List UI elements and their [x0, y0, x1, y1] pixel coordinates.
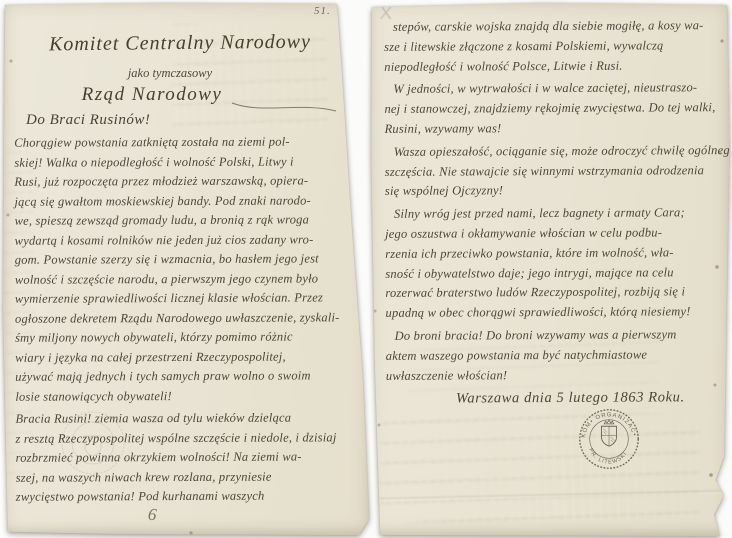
manuscript-line: upadną w obec chorągwi sprawiedliwości, …	[385, 302, 719, 324]
stamp-ghost-impression	[58, 408, 128, 478]
manuscript-line: sność i obywatelstwo daje; jego intrygi,…	[385, 263, 719, 285]
manuscript-line: Wasza opieszałość, ociąganie się, może o…	[385, 141, 719, 163]
manuscript-line: jego oszustwa i okłamywanie włościan w c…	[385, 223, 719, 245]
manuscript-line: aktem waszego powstania ma być natychmia…	[386, 345, 720, 367]
manuscript-line: W jedności, w wytrwałości i w walce zaci…	[384, 79, 718, 101]
manuscript-line: uwłaszczenie włościan!	[386, 365, 720, 387]
salutation: Do Braci Rusinów!	[26, 112, 150, 129]
manuscript-line: Rusi, już rozpoczęta przez młodzież wars…	[14, 171, 354, 192]
manuscript-line: szczęścia. Nie stawajcie się winnymi wst…	[385, 161, 719, 183]
manuscript-line: się wspólnej Ojczyzny!	[385, 181, 719, 203]
manuscript-line: wolność i szczęście narodu, a pierwszym …	[15, 269, 355, 290]
manuscript-line: ogłoszone dekretem Rządu Narodowego uwła…	[15, 308, 355, 329]
manuscript-line: wiary i języka na całej przestrzeni Rzec…	[15, 347, 355, 368]
stamp-text-bottom: PR. LITEWSKI	[587, 448, 628, 466]
svg-text:PR. LITEWSKI: PR. LITEWSKI	[587, 448, 628, 466]
paragraph: stepów, carskie wojska znajdą dla siebie…	[384, 16, 718, 77]
ink-showthrough	[380, 414, 700, 522]
page-left-paper: 51. Komitet Centralny Narodowy jako tymc…	[2, 2, 370, 535]
manuscript-line: rzenia ich przeciwko powstania, które im…	[385, 243, 719, 265]
manuscript-line: sze i litewskie złączone z kosami Polski…	[384, 36, 718, 58]
document-subtitle: jako tymczasowy	[20, 66, 320, 81]
manuscript-line: wymierzenie sprawiedliwości licznej klas…	[15, 288, 355, 309]
manuscript-line: rozerwać braterstwo ludów Rzeczypospolit…	[385, 282, 719, 304]
page-number: 51.	[314, 5, 331, 17]
flourish-stroke	[230, 100, 340, 116]
paragraph: Chorągiew powstania zatkniętą została na…	[14, 132, 355, 406]
manuscript-line: zwycięstwo powstania! Pod kurhanami wasz…	[16, 486, 356, 507]
manuscript-line: we, spieszą zewsząd gromady ludu, a bron…	[15, 210, 355, 231]
foxing-specks	[4, 4, 6, 6]
pencil-number: 6	[147, 505, 158, 526]
dateline: Warszawa dnia 5 lutego 1863 Roku.	[386, 388, 720, 410]
manuscript-line: Do broni bracia! Do broni wzywamy was a …	[386, 325, 720, 347]
document-scan: 51. Komitet Centralny Narodowy jako tymc…	[0, 0, 732, 538]
paragraph: Silny wróg jest przed nami, lecz bagnety…	[385, 203, 720, 324]
manuscript-line: Silny wróg jest przed nami, lecz bagnety…	[385, 203, 719, 225]
manuscript-line: stepów, carskie wojska znajdą dla siebie…	[384, 16, 718, 38]
manuscript-line: wydartą i kosami rolników nie jeden już …	[15, 230, 355, 251]
manuscript-line: Rusini, wzywamy was!	[385, 118, 719, 140]
page2-body: stepów, carskie wojska znajdą dla siebie…	[384, 16, 720, 410]
manuscript-line: używać mają jednych i tych samych praw w…	[15, 366, 355, 387]
manuscript-line: śmy miljony nowych obywateli, którzy pom…	[15, 327, 355, 348]
page-right-paper: stepów, carskie wojska znajdą dla siebie…	[368, 2, 730, 536]
document-title: Komitet Centralny Narodowy	[20, 30, 340, 56]
paper-crease	[368, 490, 730, 501]
manuscript-line: Chorągiew powstania zatkniętą została na…	[14, 132, 354, 153]
page-right: stepów, carskie wojska znajdą dla siebie…	[368, 2, 730, 536]
committee-seal-stamp: KOM• ORGANIZAC• PR. LITEWSKI	[576, 406, 642, 472]
manuscript-line: skiej! Walka o niepodległość i wolność P…	[14, 152, 354, 173]
manuscript-line: nej i stanowczej, znajdziemy rękojmię zw…	[384, 98, 718, 120]
foxing-specks	[370, 4, 372, 6]
manuscript-line: jącą się gwałtom moskiewskiej bandy. Pod…	[14, 191, 354, 212]
page-left: 51. Komitet Centralny Narodowy jako tymc…	[2, 2, 370, 535]
paragraph: W jedności, w wytrwałości i w walce zaci…	[384, 79, 718, 140]
paragraph: Wasza opieszałość, ociąganie się, może o…	[385, 141, 719, 202]
manuscript-line: losie stanowiących obywateli!	[15, 386, 355, 407]
paragraph: Do broni bracia! Do broni wzywamy was a …	[386, 325, 720, 386]
manuscript-line: gom. Powstanie szerzy się i wzmacnia, bo…	[15, 249, 355, 270]
manuscript-line: niepodległość i wolność Polsce, Litwie i…	[384, 56, 718, 78]
